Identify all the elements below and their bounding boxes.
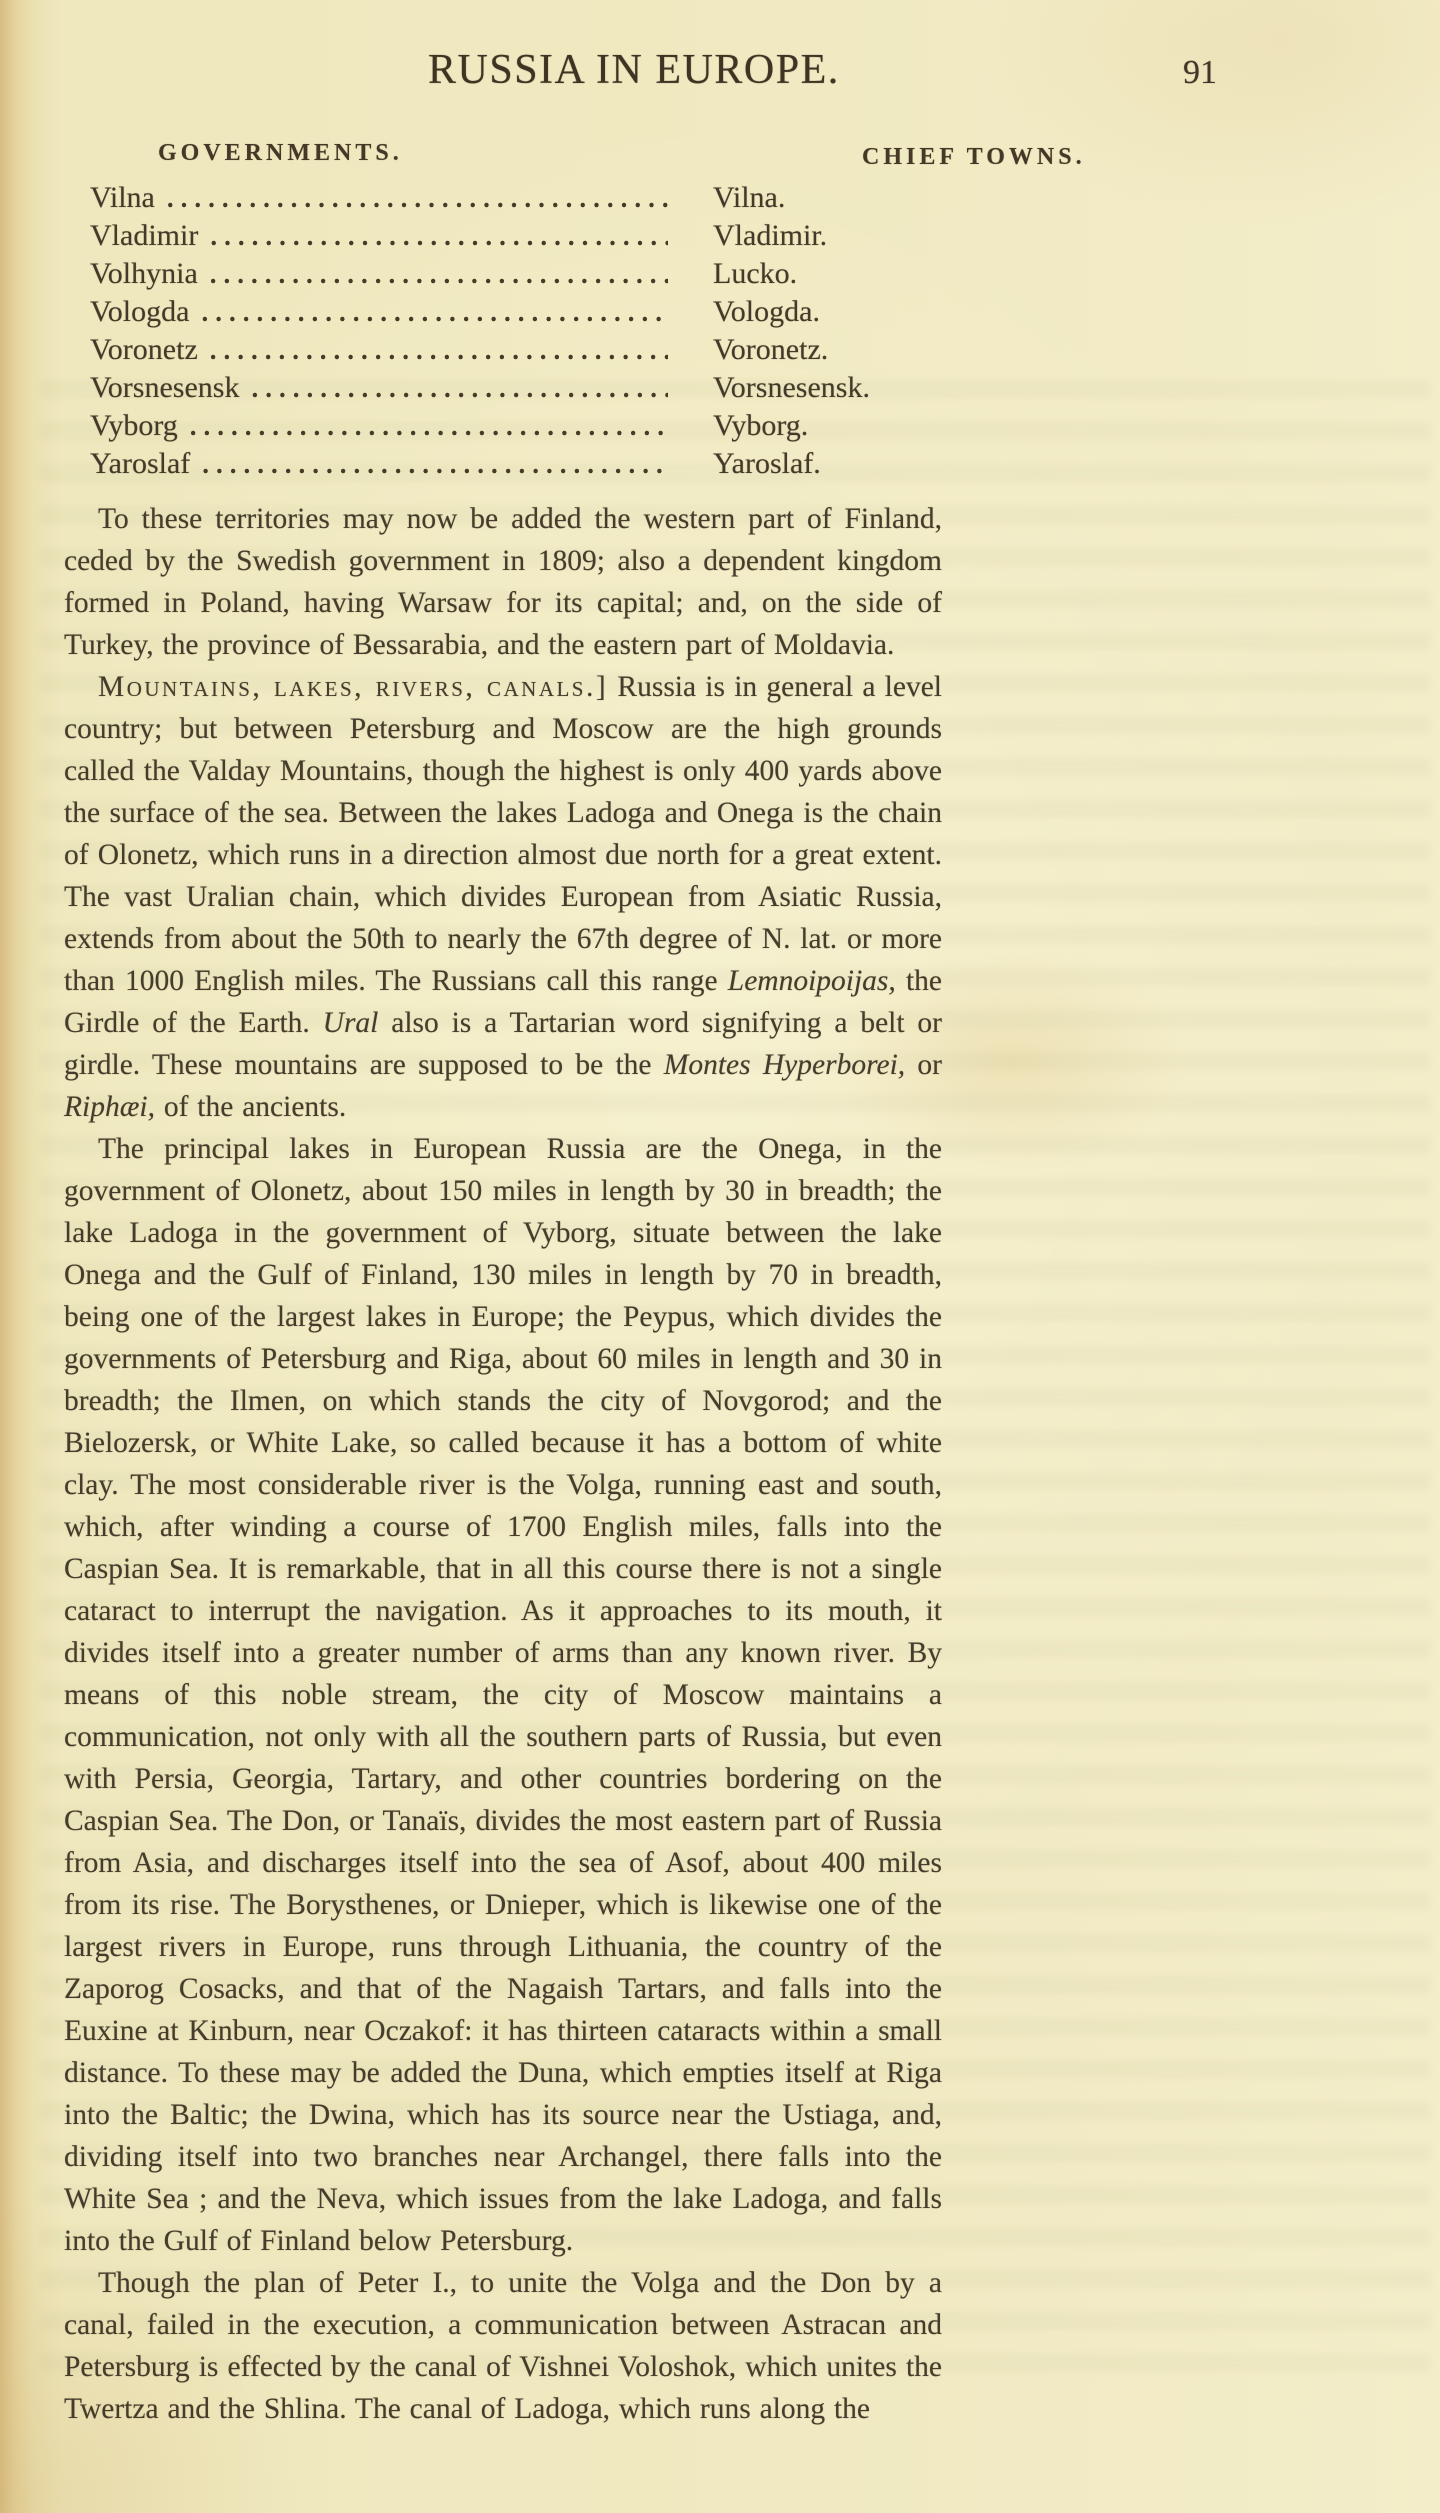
leader-dots: ........................................… [210, 335, 668, 366]
governments-column-header: GOVERNMENTS. [158, 140, 403, 167]
body-paragraph: To these territories may now be added th… [64, 498, 942, 666]
body-text-segment: To these territories may now be added th… [64, 503, 942, 661]
body-text-block: To these territories may now be added th… [64, 498, 942, 2430]
body-paragraph: Though the plan of Peter I., to unite th… [64, 2262, 942, 2430]
body-paragraph: Mountains, lakes, rivers, canals.] Russi… [64, 666, 942, 1128]
government-name: Vyborg [90, 409, 178, 443]
government-name: Vologda [90, 295, 189, 329]
table-row: Vladimir................................… [90, 219, 1090, 257]
government-name: Vilna [90, 181, 155, 215]
leader-dots: ........................................… [202, 449, 668, 480]
italic-text: Riphæi, [64, 1091, 155, 1123]
table-row: Voronetz................................… [90, 333, 1090, 371]
body-paragraph: The principal lakes in European Russia a… [64, 1128, 942, 2262]
chief-town-name: Voronetz. [713, 333, 828, 367]
table-row: Yaroslaf................................… [90, 447, 1090, 485]
page-number: 91 [1183, 54, 1217, 92]
table-row: Volhynia................................… [90, 257, 1090, 295]
leader-dots: ........................................… [201, 297, 668, 328]
leader-dots: ........................................… [210, 259, 668, 290]
leader-dots: ........................................… [167, 183, 668, 214]
government-name: Vorsnesensk [90, 371, 239, 405]
leader-dots: ........................................… [251, 373, 668, 404]
italic-text: Lemnoipoijas, [728, 965, 896, 997]
body-text-segment: of the ancients. [155, 1091, 346, 1123]
body-text-segment: Though the plan of Peter I., to unite th… [64, 2267, 942, 2425]
body-text-segment: The principal lakes in European Russia a… [64, 1133, 942, 2257]
chief-town-name: Vologda. [713, 295, 820, 329]
section-lead-smallcaps: Mountains, lakes, rivers, canals.] [98, 671, 608, 703]
scanned-book-page: { "header": { "title": "RUSSIA IN EUROPE… [0, 0, 1440, 2513]
italic-text: Montes Hyperborei, [664, 1049, 905, 1081]
government-name: Volhynia [90, 257, 198, 291]
chief-town-name: Vilna. [713, 181, 785, 215]
table-row: Vilna...................................… [90, 181, 1090, 219]
body-text-segment: Russia is in general a level country; bu… [64, 671, 942, 997]
table-row: Vyborg..................................… [90, 409, 1090, 447]
leader-dots: ........................................… [210, 221, 668, 252]
body-text-segment: or [905, 1049, 942, 1081]
chief-town-name: Yaroslaf. [713, 447, 821, 481]
governments-table: Vilna...................................… [90, 181, 1090, 485]
page-title: RUSSIA IN EUROPE. [428, 46, 840, 94]
government-name: Voronetz [90, 333, 198, 367]
italic-text: Ural [323, 1007, 379, 1039]
chief-town-name: Vyborg. [713, 409, 808, 443]
leader-dots: ........................................… [190, 411, 668, 442]
chief-town-name: Lucko. [713, 257, 797, 291]
government-name: Vladimir [90, 219, 198, 253]
chief-town-name: Vorsnesensk. [713, 371, 870, 405]
chief-towns-column-header: CHIEF TOWNS. [862, 144, 1086, 171]
table-row: Vorsnesensk.............................… [90, 371, 1090, 409]
chief-town-name: Vladimir. [713, 219, 827, 253]
table-row: Vologda.................................… [90, 295, 1090, 333]
government-name: Yaroslaf [90, 447, 190, 481]
